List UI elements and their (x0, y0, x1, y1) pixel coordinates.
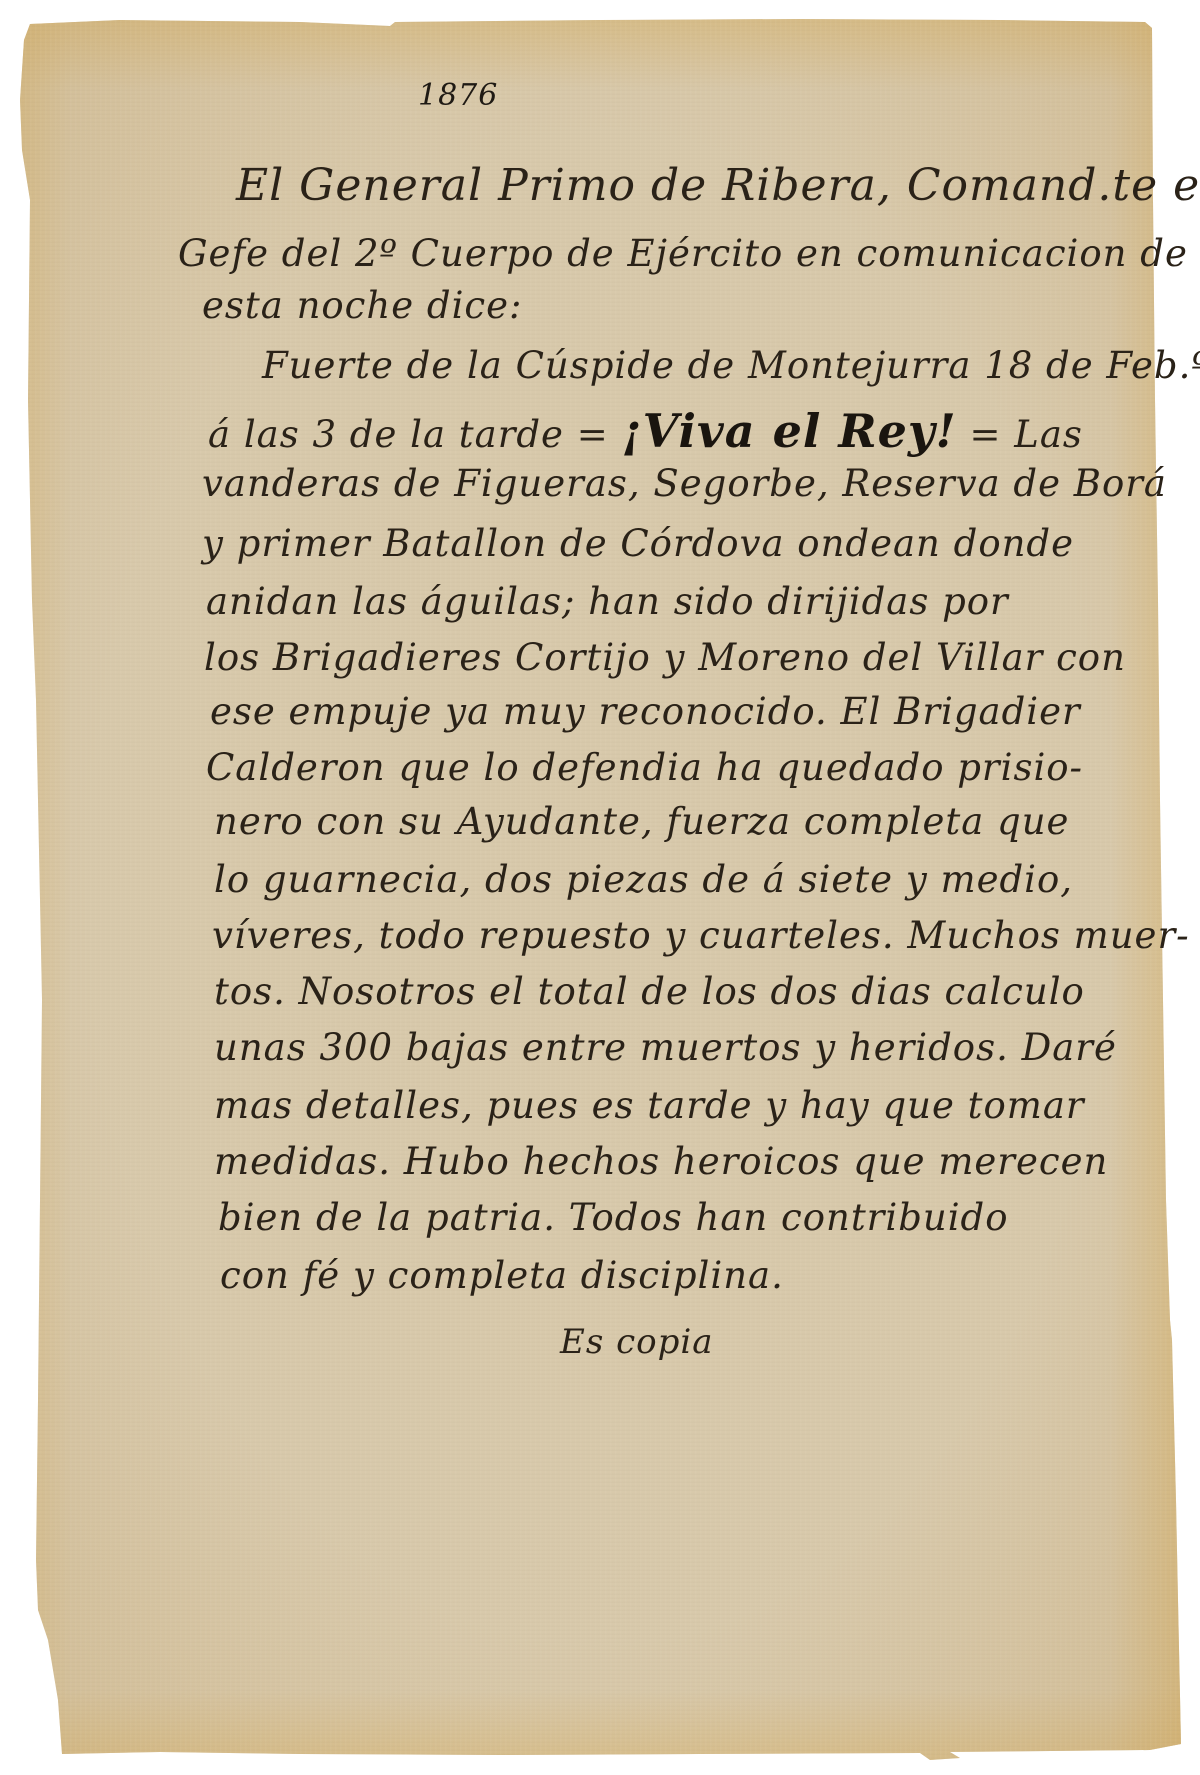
manuscript-line-15: tos. Nosotros el total de los dos dias c… (214, 970, 1085, 1013)
manuscript-line-2: Gefe del 2º Cuerpo de Ejército en comuni… (178, 232, 1188, 275)
line-5-before: á las 3 de la tarde = (208, 413, 621, 456)
document-year: 1876 (418, 78, 498, 113)
manuscript-line-20: con fé y completa disciplina. (220, 1254, 784, 1297)
manuscript-line-7: y primer Batallon de Córdova ondean dond… (202, 522, 1074, 565)
manuscript-line-10: ese empuje ya muy reconocido. El Brigadi… (210, 690, 1081, 733)
manuscript-line-11: Calderon que lo defendia ha quedado pris… (206, 746, 1083, 789)
manuscript-line-6: vanderas de Figueras, Segorbe, Reserva d… (202, 462, 1167, 505)
manuscript-line-13: lo guarnecia, dos piezas de á siete y me… (214, 858, 1073, 901)
manuscript-line-3: esta noche dice: (202, 284, 523, 327)
signoff-es-copia: Es copia (560, 1322, 714, 1362)
manuscript-line-18: medidas. Hubo hechos heroicos que merece… (214, 1140, 1108, 1183)
manuscript-line-19: bien de la patria. Todos han contribuido (218, 1196, 1009, 1239)
manuscript-line-9: los Brigadieres Cortijo y Moreno del Vil… (204, 636, 1126, 679)
manuscript-line-8: anidan las águilas; han sido dirijidas p… (206, 580, 1009, 623)
manuscript-line-12: nero con su Ayudante, fuerza completa qu… (214, 800, 1069, 843)
viva-el-rey-exclamation: ¡Viva el Rey! (621, 404, 956, 458)
manuscript-line-5: á las 3 de la tarde = ¡Viva el Rey! = La… (208, 404, 1083, 458)
manuscript-line-16: unas 300 bajas entre muertos y heridos. … (214, 1026, 1117, 1069)
manuscript-line-1: El General Primo de Ribera, Comand.te en (236, 160, 1200, 211)
line-5-after: = Las (957, 413, 1083, 456)
manuscript-line-4: Fuerte de la Cúspide de Montejurra 18 de… (262, 344, 1200, 387)
manuscript-line-14: víveres, todo repuesto y cuarteles. Much… (212, 914, 1190, 957)
manuscript-line-17: mas detalles, pues es tarde y hay que to… (214, 1084, 1085, 1127)
